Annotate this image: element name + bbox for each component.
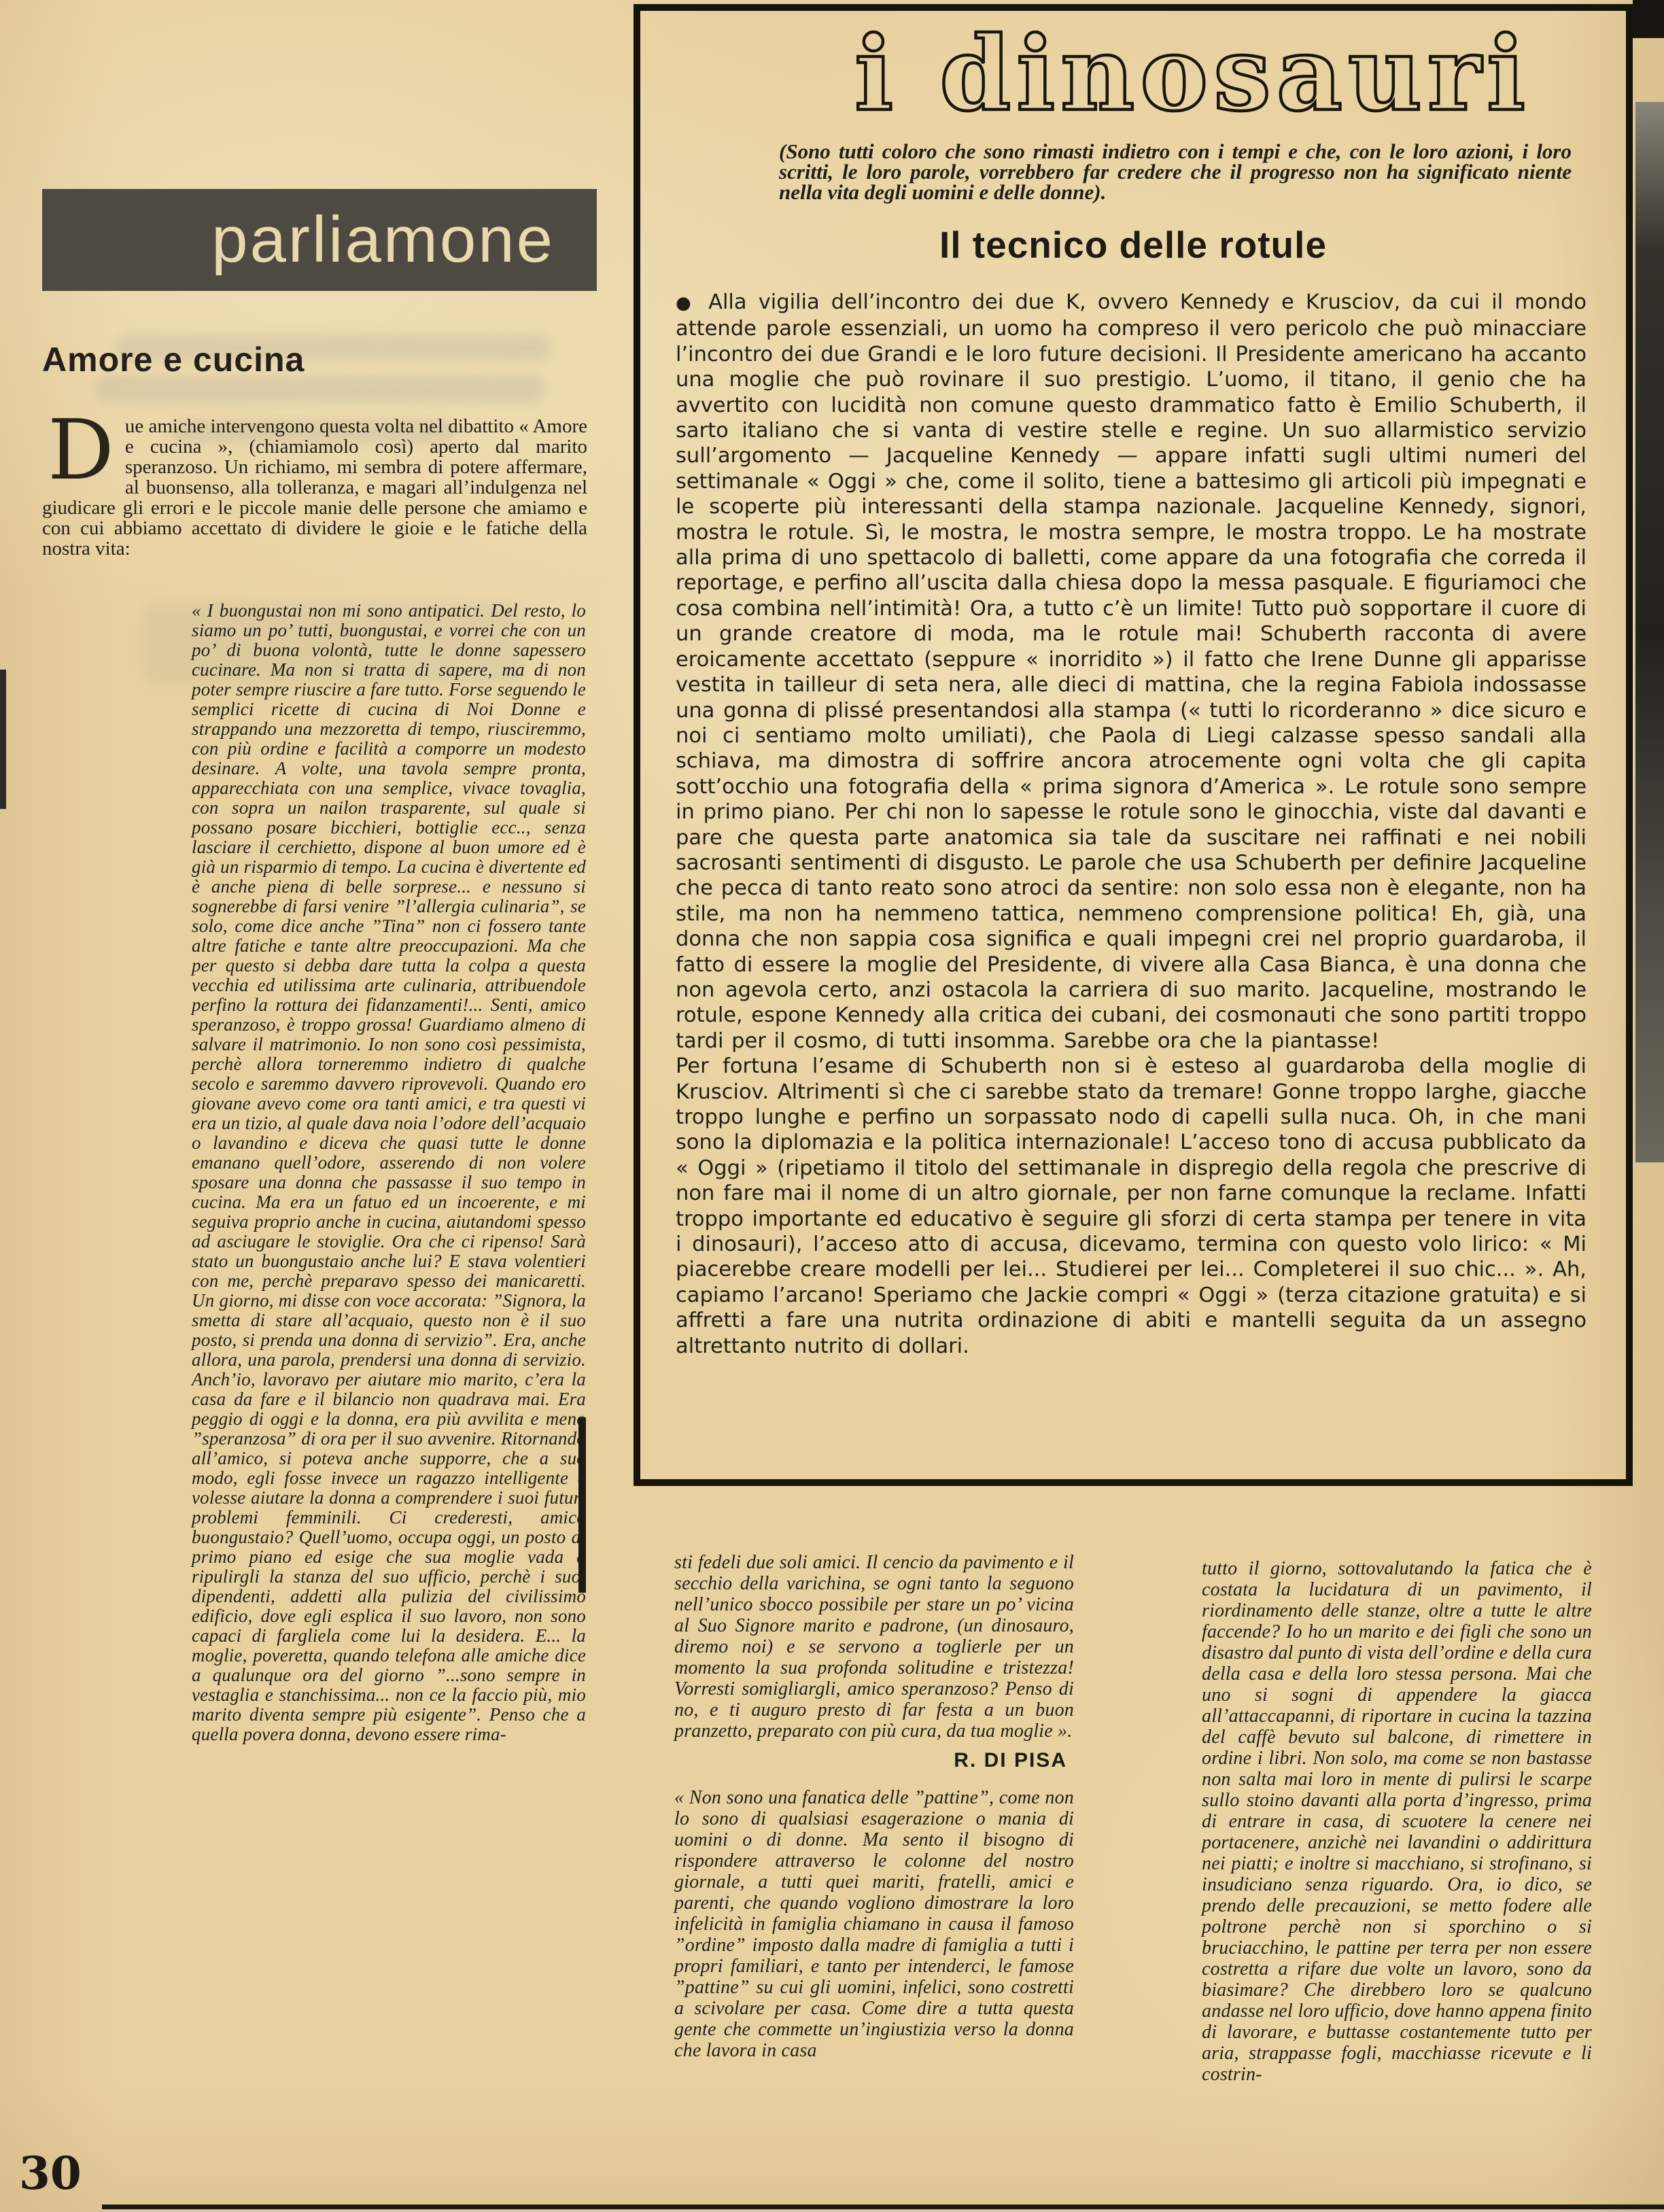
second-letter-continuation: tutto il giorno, sottovalutando la fatic… (1202, 1558, 1592, 2085)
bleedthrough-smudge (95, 375, 544, 402)
article-headline: Il tecnico delle rotule (640, 223, 1626, 266)
scan-edge-left-tick (0, 670, 6, 809)
article-paragraph-2: Per fortuna l’esame di Schuberth non si … (676, 1054, 1587, 1359)
drop-cap: D (42, 416, 125, 481)
bottom-column-2: tutto il giorno, sottovalutando la fatic… (1202, 1558, 1592, 2085)
bottom-column-1: sti fedeli due soli amici. Il cencio da … (674, 1552, 1074, 2061)
page-number: 30 (19, 2147, 82, 2200)
banner-label: parliamone (211, 207, 555, 273)
letter-end-paragraph: sti fedeli due soli amici. Il cencio da … (674, 1552, 1074, 1742)
reader-letter-quote: « I buongustai non mi sono antipatici. D… (192, 601, 586, 1744)
article-title: i dinosauri (640, 23, 1531, 125)
scan-edge-bottom-line (102, 2205, 1664, 2209)
intro-paragraph: Due amiche intervengono questa volta nel… (42, 416, 587, 559)
article-box: i dinosauri (Sono tutti coloro che sono … (634, 4, 1633, 1486)
scan-edge-right-strip (1635, 102, 1664, 1162)
article-paragraph-1: ●Alla vigilia dell’incontro dei due K, o… (676, 290, 1587, 1054)
bullet-icon: ● (676, 293, 695, 313)
article-body: ●Alla vigilia dell’incontro dei due K, o… (676, 290, 1587, 1359)
scan-edge-corner (1633, 0, 1664, 38)
second-letter-paragraph: « Non sono una fanatica delle ”pattine”,… (674, 1787, 1074, 2061)
signature: R. DI PISA (674, 1750, 1067, 1771)
article-paragraph-1-text: Alla vigilia dell’incontro dei due K, ov… (676, 290, 1587, 1053)
article-subtitle: (Sono tutti coloro che sono rimasti indi… (779, 141, 1572, 203)
subsection-title: Amore e cucina (42, 340, 518, 379)
section-banner: parliamone (42, 189, 597, 291)
